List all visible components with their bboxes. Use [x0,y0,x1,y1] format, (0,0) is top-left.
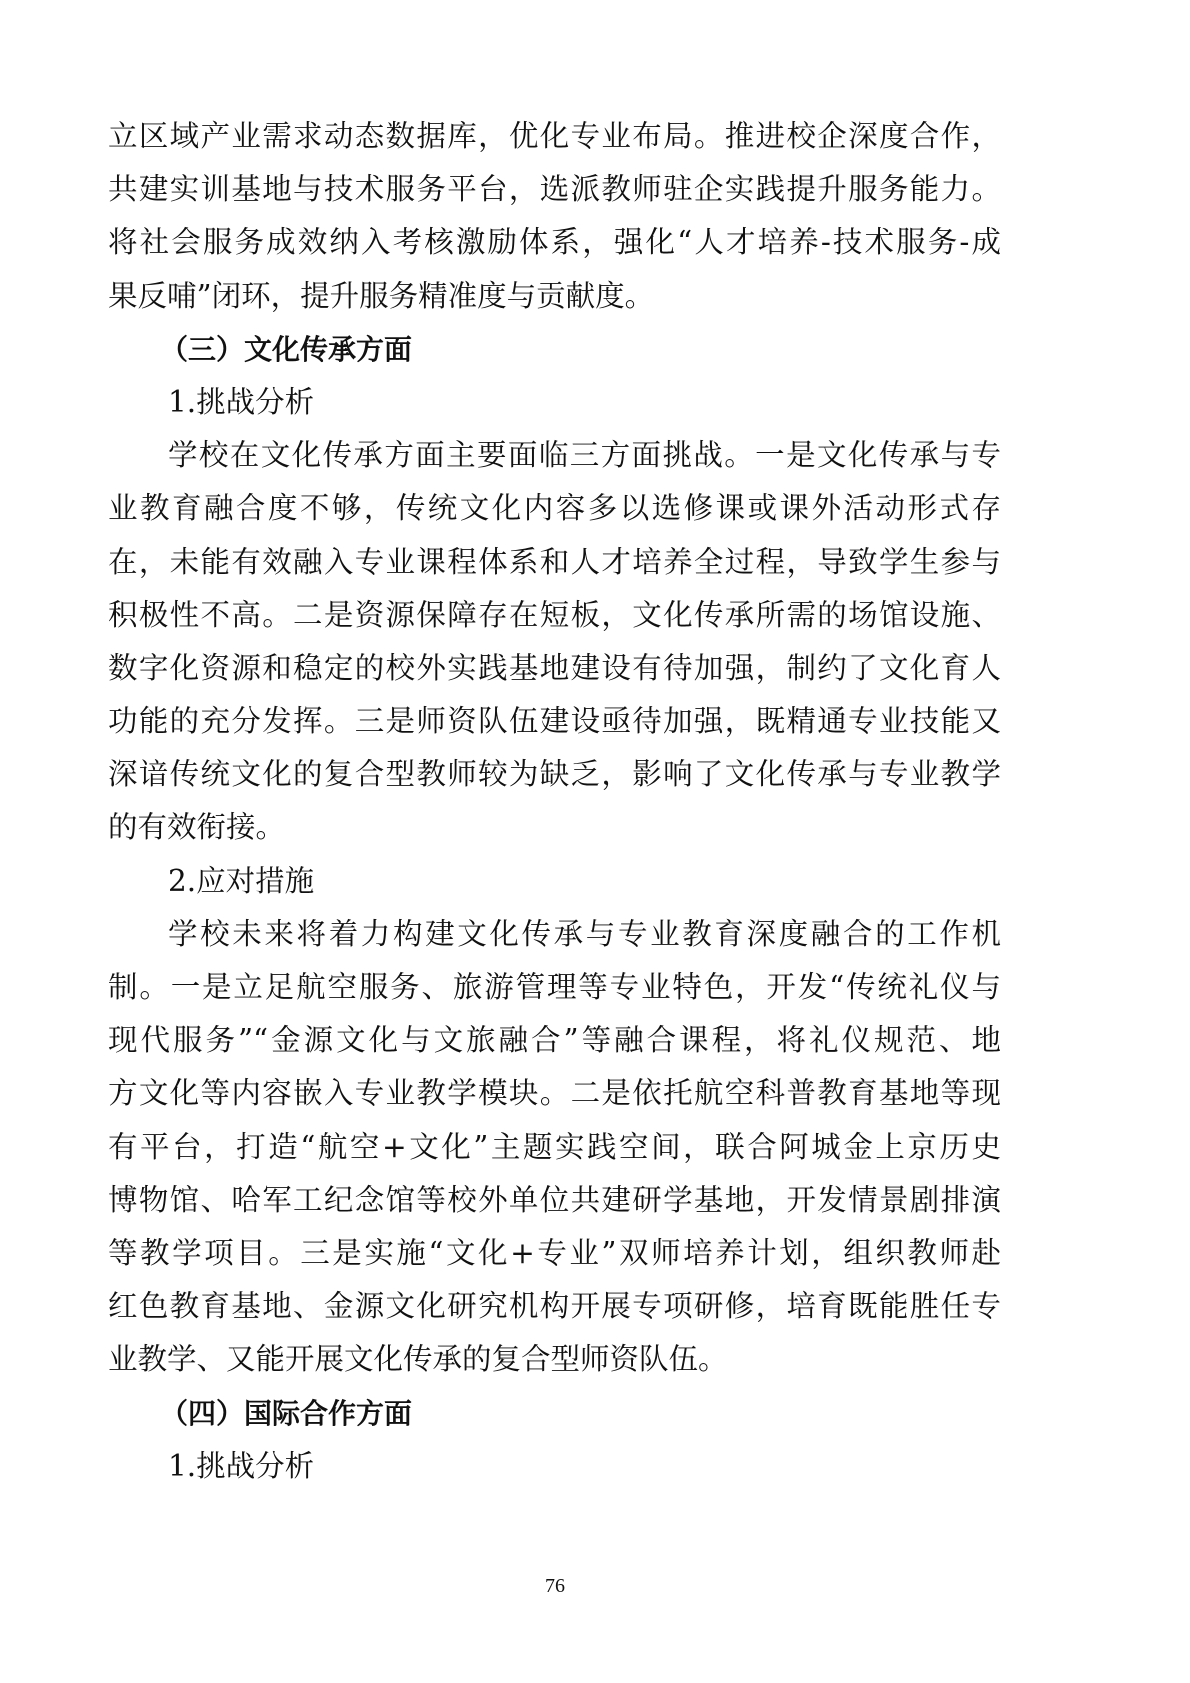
section-heading-culture: （三）文化传承方面 [108,323,1001,376]
text-line: 学校未来将着力构建文化传承与专业教育深度融合的工作机 [108,908,1001,961]
subheading-challenge-analysis-international: 1.挑战分析 [108,1440,1001,1493]
paragraph-continuation: 立区域产业需求动态数据库，优化专业布局。推进校企深度合作， 共建实训基地与技术服… [108,110,1001,323]
text-line: 学校在文化传承方面主要面临三方面挑战。一是文化传承与专 [108,429,1001,482]
text-line: 业教学、又能开展文化传承的复合型师资队伍。 [108,1333,1001,1386]
subheading-countermeasures: 2.应对措施 [108,855,1001,908]
text-line: 方文化等内容嵌入专业教学模块。二是依托航空科普教育基地等现 [108,1067,1001,1120]
paragraph-challenges: 学校在文化传承方面主要面临三方面挑战。一是文化传承与专 业教育融合度不够，传统文… [108,429,1001,855]
text-line: 果反哺”闭环，提升服务精准度与贡献度。 [108,270,1001,323]
text-line: 功能的充分发挥。三是师资队伍建设亟待加强，既精通专业技能又 [108,695,1001,748]
section-heading-international: （四）国际合作方面 [108,1387,1001,1440]
document-page: 立区域产业需求动态数据库，优化专业布局。推进校企深度合作， 共建实训基地与技术服… [108,110,1001,1493]
text-line: 制。一是立足航空服务、旅游管理等专业特色，开发“传统礼仪与 [108,961,1001,1014]
subheading-challenge-analysis: 1.挑战分析 [108,376,1001,429]
text-line: 将社会服务成效纳入考核激励体系，强化“人才培养-技术服务-成 [108,216,1001,269]
text-line: 深谙传统文化的复合型教师较为缺乏，影响了文化传承与专业教学 [108,748,1001,801]
text-line: 的有效衔接。 [108,801,1001,854]
page-number: 76 [0,1575,1110,1598]
text-line: 立区域产业需求动态数据库，优化专业布局。推进校企深度合作， [108,110,1001,163]
text-line: 积极性不高。二是资源保障存在短板，文化传承所需的场馆设施、 [108,589,1001,642]
text-line: 现代服务”“金源文化与文旅融合”等融合课程，将礼仪规范、地 [108,1014,1001,1067]
text-line: 在，未能有效融入专业课程体系和人才培养全过程，导致学生参与 [108,536,1001,589]
text-line: 共建实训基地与技术服务平台，选派教师驻企实践提升服务能力。 [108,163,1001,216]
text-line: 业教育融合度不够，传统文化内容多以选修课或课外活动形式存 [108,482,1001,535]
text-line: 等教学项目。三是实施“文化+专业”双师培养计划，组织教师赴 [108,1227,1001,1280]
text-line: 数字化资源和稳定的校外实践基地建设有待加强，制约了文化育人 [108,642,1001,695]
text-line: 博物馆、哈军工纪念馆等校外单位共建研学基地，开发情景剧排演 [108,1174,1001,1227]
text-line: 红色教育基地、金源文化研究机构开展专项研修，培育既能胜任专 [108,1280,1001,1333]
paragraph-countermeasures: 学校未来将着力构建文化传承与专业教育深度融合的工作机 制。一是立足航空服务、旅游… [108,908,1001,1387]
text-line: 有平台，打造“航空+文化”主题实践空间，联合阿城金上京历史 [108,1121,1001,1174]
